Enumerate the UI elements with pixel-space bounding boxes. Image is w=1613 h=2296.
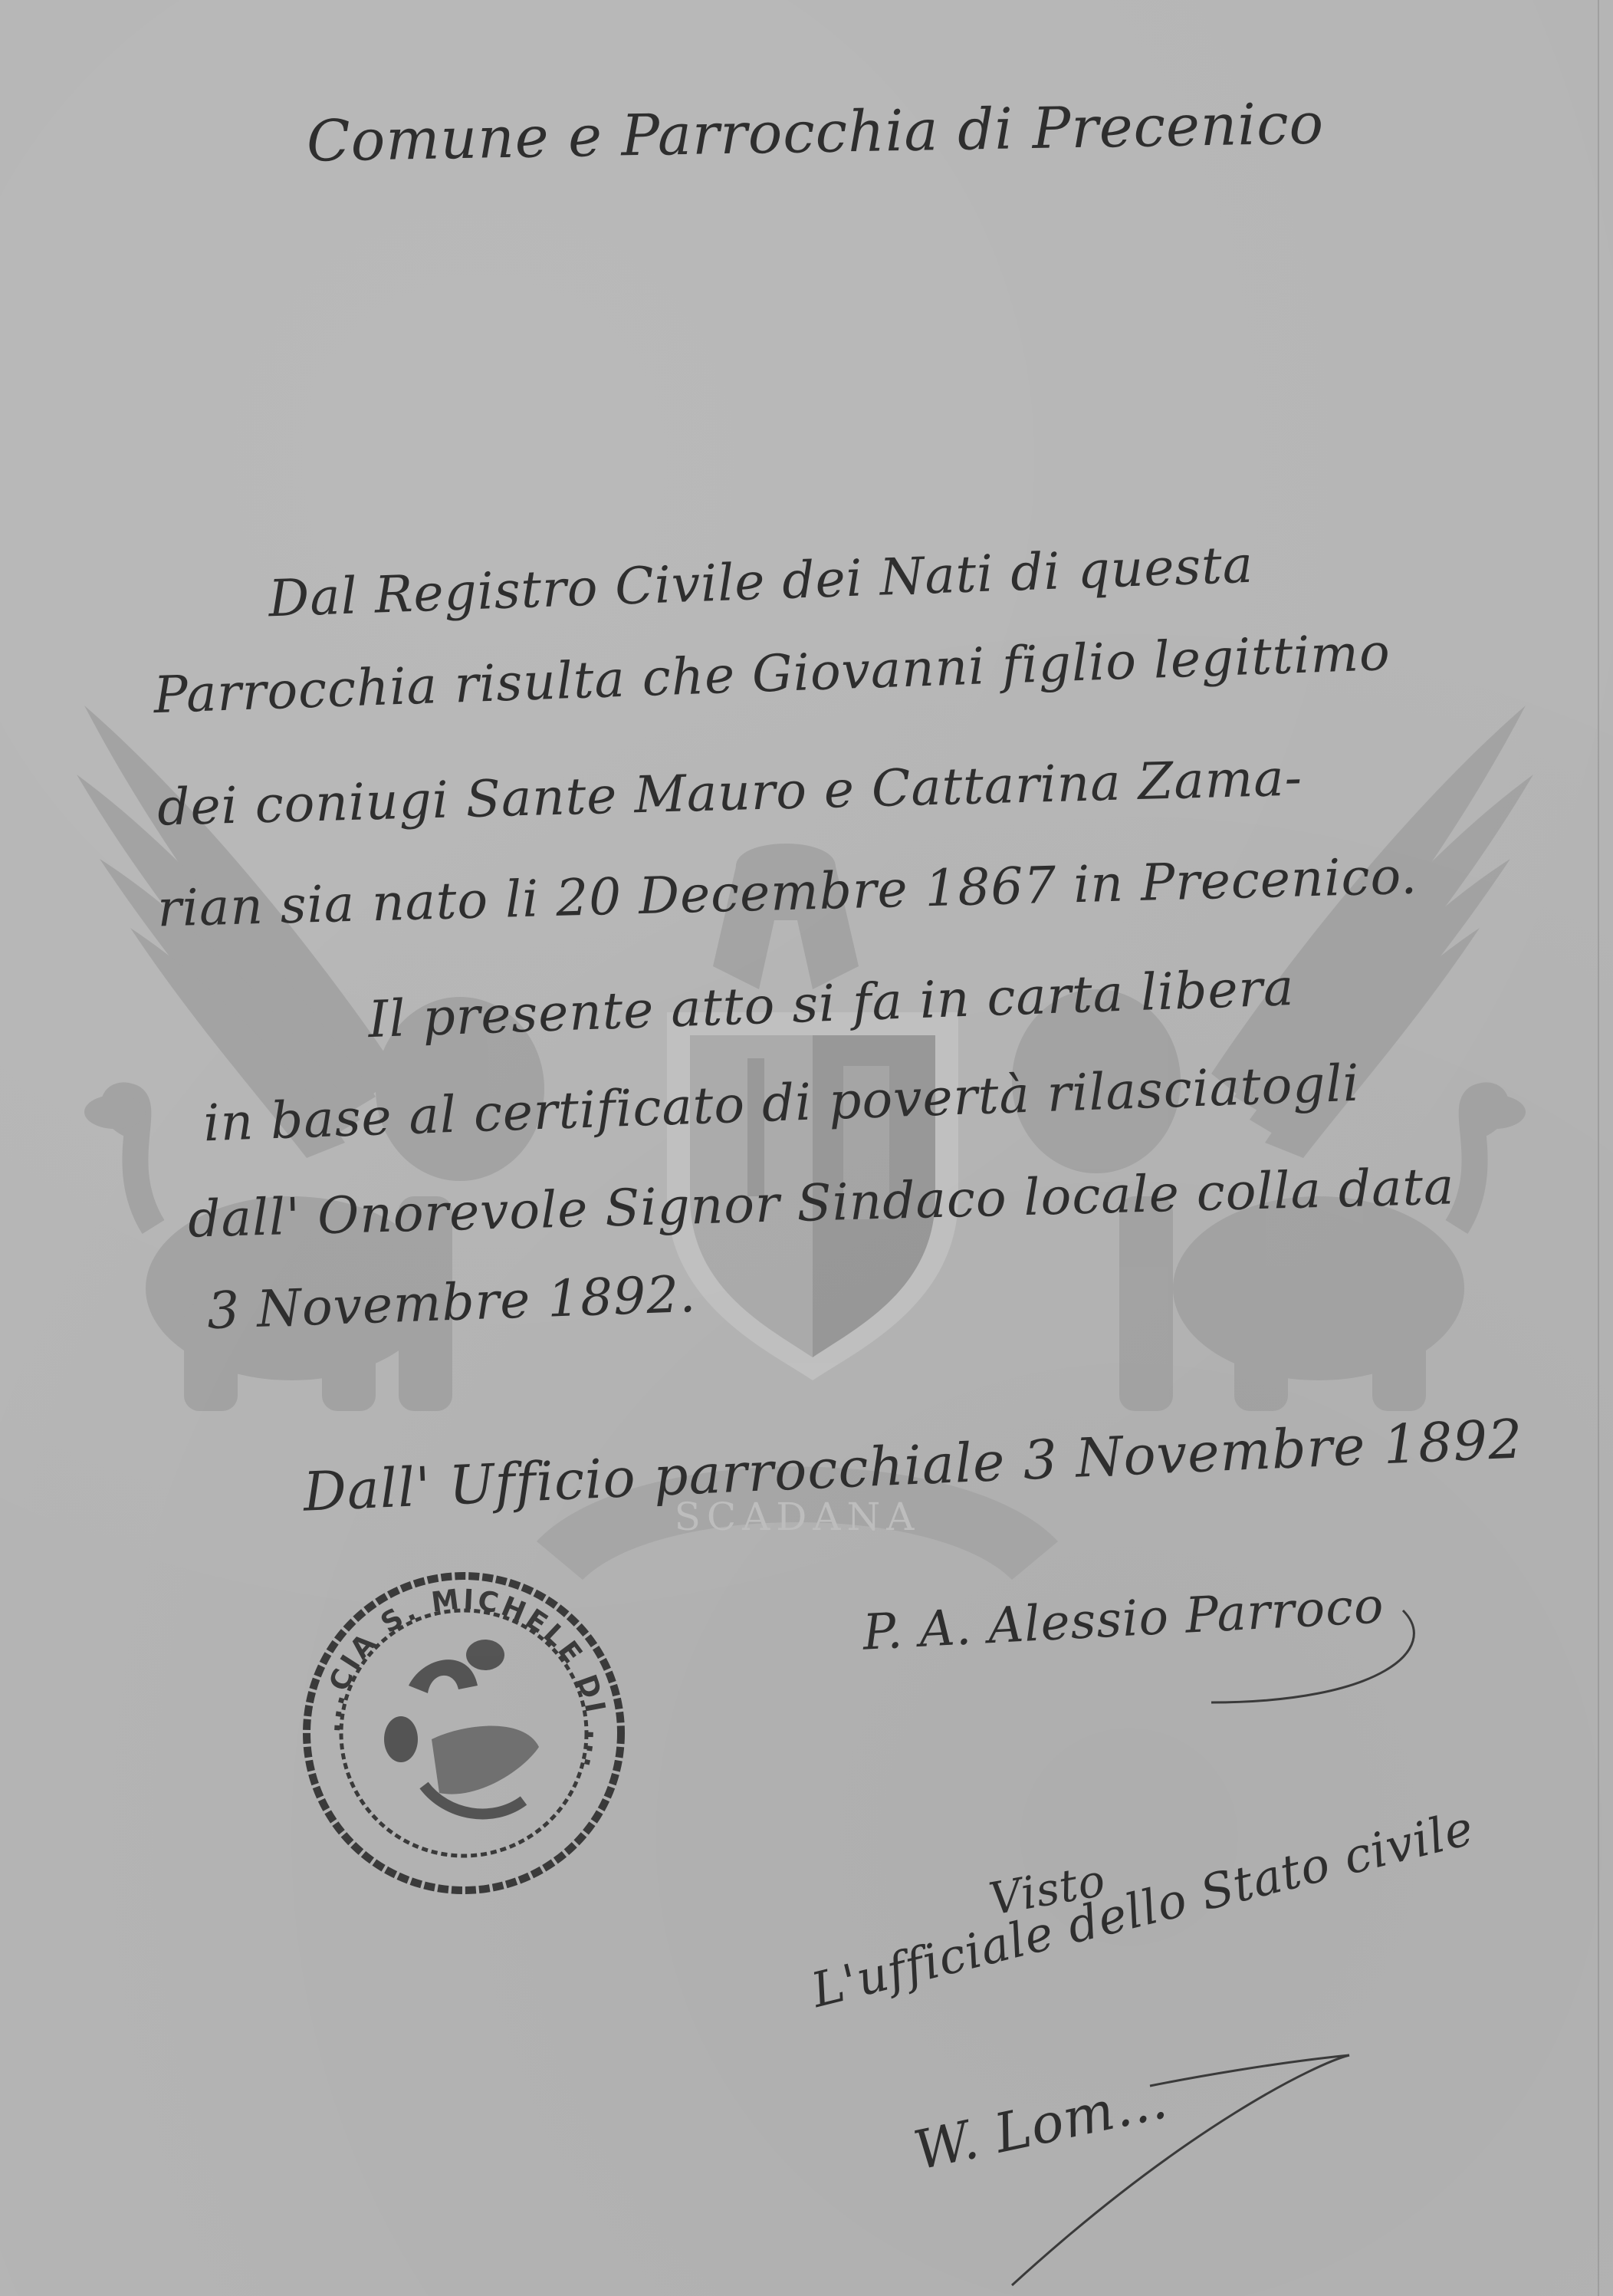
- parish-stamp-icon: ...CIA S. MICHELE DI ...: [294, 1571, 635, 1896]
- signature-flourish: [1150, 1603, 1426, 1710]
- official-signature-flourish: [997, 2040, 1380, 2293]
- page-edge-line: [1598, 0, 1599, 2296]
